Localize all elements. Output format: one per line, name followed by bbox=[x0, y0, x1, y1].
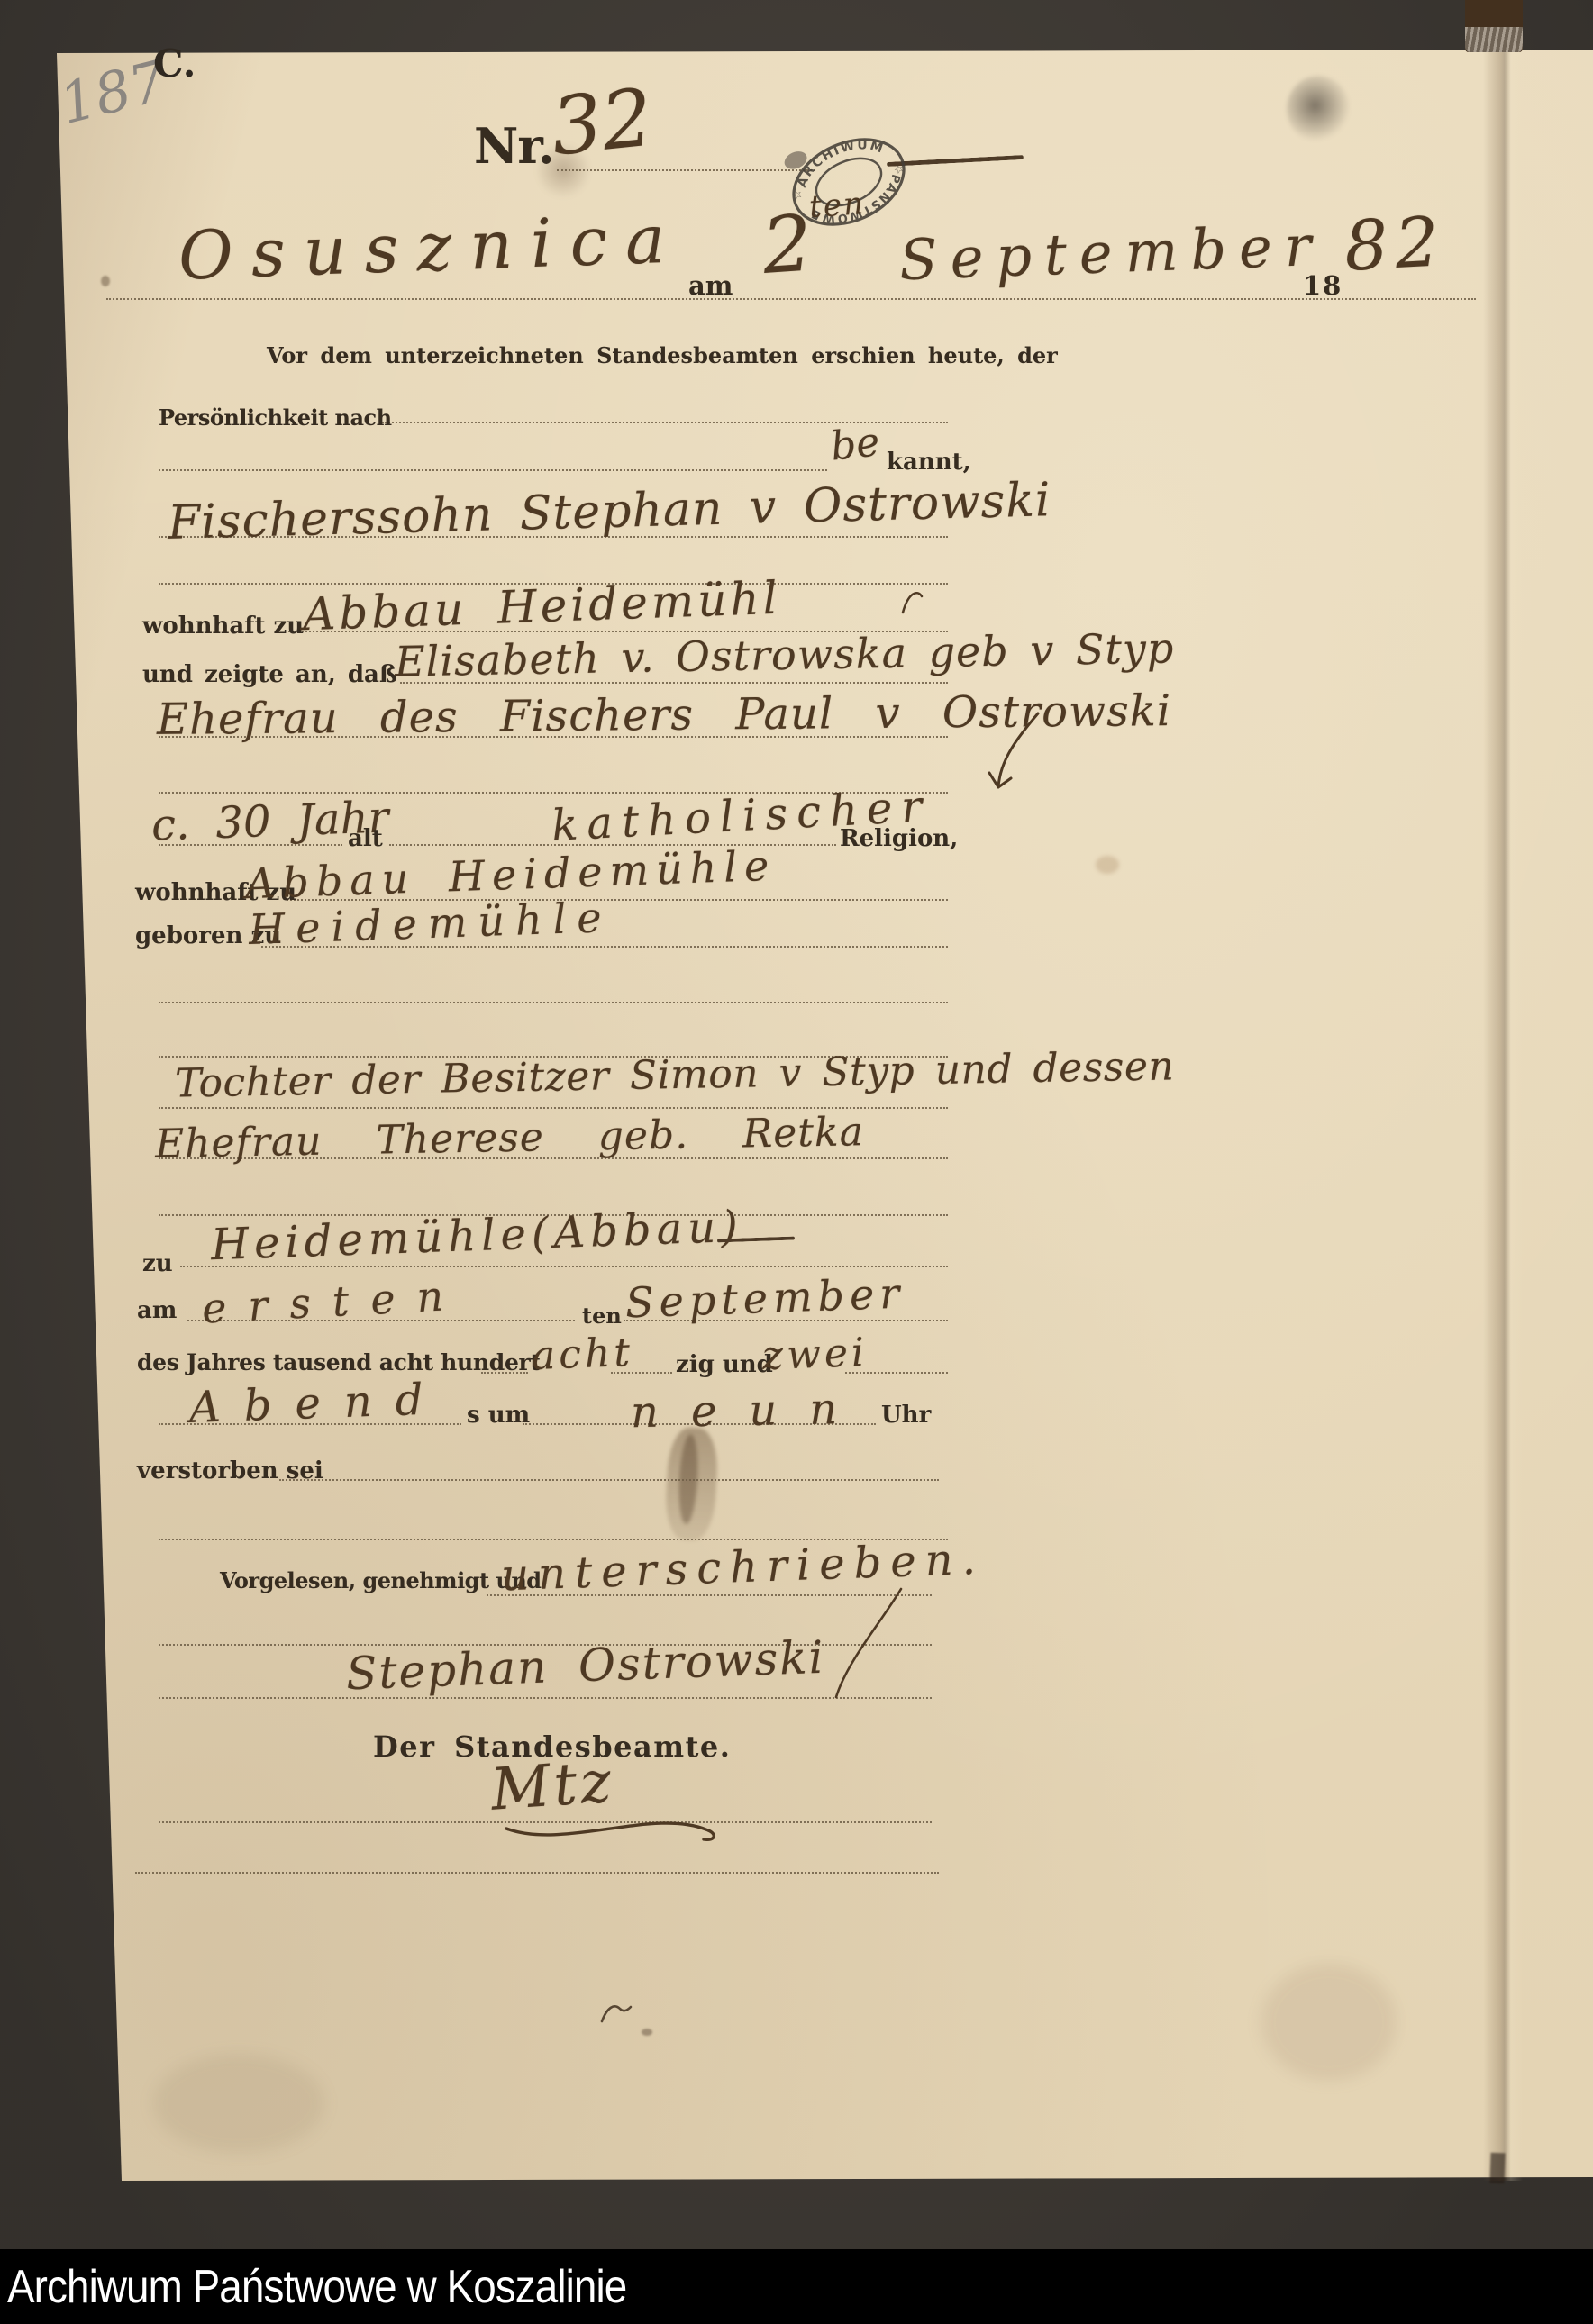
year-prefix-label: des Jahres tausend acht hundert bbox=[137, 1349, 541, 1375]
ten-label: ten bbox=[582, 1303, 622, 1329]
scanned-document-page: 187 C. Nr. 32 ARCHIWUM PAŃSTWOWE ☆ ☆ Osu… bbox=[0, 0, 1593, 2324]
s-um-label: s um bbox=[467, 1402, 530, 1429]
record-number-value: 32 bbox=[547, 70, 657, 173]
zu-label: zu bbox=[142, 1250, 173, 1277]
am-label: am bbox=[688, 270, 733, 301]
date-day: 2ten bbox=[759, 186, 870, 292]
binding-thread bbox=[1465, 27, 1523, 52]
record-number-label: Nr. bbox=[474, 117, 554, 175]
alt-label: alt bbox=[348, 825, 383, 852]
small-spot bbox=[642, 2029, 652, 2036]
zig-und-label: zig und bbox=[676, 1351, 773, 1378]
dotted-line bbox=[279, 1479, 939, 1481]
ink-descender-flourish bbox=[829, 1585, 910, 1702]
hour-entry: neun bbox=[631, 1384, 870, 1439]
year-ones-entry: zwei bbox=[761, 1330, 869, 1379]
am-death-label: am bbox=[137, 1297, 177, 1324]
dotted-line bbox=[159, 1002, 948, 1003]
page-gap-bottom bbox=[1489, 2153, 1505, 2184]
uhr-label: Uhr bbox=[881, 1402, 931, 1429]
verstorben-label: verstorben sei bbox=[137, 1457, 323, 1484]
deceased-relation-entry: Ehefrau des Fischers Paul v Ostrowski bbox=[157, 685, 1172, 745]
dotted-line bbox=[557, 169, 815, 171]
und-zeigte-an-label: und zeigte an, daß bbox=[142, 661, 397, 688]
vorgelesen-label: Vorgelesen, genehmigt und bbox=[220, 1567, 542, 1593]
faint-stain bbox=[153, 2054, 324, 2153]
small-spot bbox=[1096, 856, 1119, 874]
dotted-line bbox=[159, 1107, 948, 1109]
stray-ink-mark bbox=[598, 2002, 634, 2027]
religion-label: Religion, bbox=[840, 825, 958, 852]
dotted-line bbox=[106, 298, 1476, 300]
date-day-suffix: ten bbox=[808, 186, 866, 225]
printed-century: 18 bbox=[1303, 270, 1343, 301]
registrar-signature-flourish bbox=[501, 1794, 735, 1848]
wohnhaft-zu-label-1: wohnhaft zu bbox=[142, 613, 304, 640]
death-month-entry: September bbox=[624, 1269, 906, 1328]
faint-stain bbox=[1261, 1964, 1397, 2081]
kannt-label: kannt, bbox=[887, 449, 971, 476]
archive-watermark-text: Archiwum Państwowe w Koszalinie bbox=[7, 2257, 626, 2317]
dotted-line bbox=[159, 469, 827, 471]
ink-tick-mark bbox=[899, 586, 924, 616]
page-fold-crease bbox=[1483, 50, 1523, 2181]
ink-blob-stain bbox=[1287, 76, 1350, 142]
form-intro-text: Vor dem unterzeichneten Standesbeamten e… bbox=[267, 342, 946, 368]
dotted-line bbox=[135, 1872, 939, 1874]
persoenlichkeit-label: Persönlichkeit nach bbox=[159, 404, 392, 431]
bekannt-prefix-handwritten: be bbox=[828, 419, 881, 469]
year-tens-entry: acht bbox=[531, 1330, 634, 1379]
date-day-number: 2 bbox=[760, 198, 815, 292]
dotted-line bbox=[159, 1697, 932, 1699]
small-spot bbox=[101, 276, 110, 286]
form-corner-letter: C. bbox=[153, 41, 196, 86]
time-of-day-entry: Abend bbox=[188, 1374, 447, 1433]
date-year: 82 bbox=[1343, 201, 1448, 286]
